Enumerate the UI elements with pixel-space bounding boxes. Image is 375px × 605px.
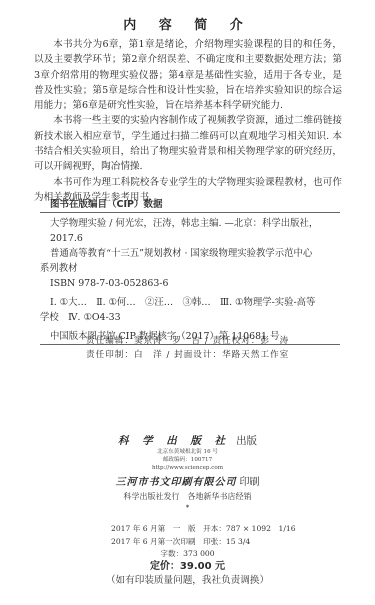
page-title: 内 容 简 介 [0,14,375,33]
edition-line: 2017 年 6 月第 一 版 开本：787 × 1092 1/16 [0,523,375,536]
cip-series-line-cont: 系列教材 [40,261,340,276]
price: 定价：39.00 元 [0,557,375,572]
cip-heading: 图书在版编目（CIP）数据 [40,196,340,213]
edition-info: 2017 年 6 月第 一 版 开本：787 × 1092 1/16 2017 … [0,523,375,561]
printer-name: 三河市书文印刷有限公司印刷 [0,473,375,488]
cip-data-block: 图书在版编目（CIP）数据 大学物理实验 / 何光宏，汪涛，韩忠主编. —北京：… [40,196,340,345]
quality-note: （如有印装质量问题，我社负责调换） [0,572,375,586]
cip-isbn: ISBN 978-7-03-052863-6 [40,276,340,291]
responsibility-block: 责任编辑：窦京涛 罗 吉 / 责任校对：彭 涛 责任印制：白 洋 / 封面设计：… [0,334,375,362]
publisher-postcode: 邮政编码：100717 [0,456,375,464]
cip-series-line: 普通高等教育“十三五”规划教材 · 国家级物理实验教学示范中心 [40,246,340,261]
printer-suffix: 印刷 [240,477,260,488]
cip-classification: Ⅰ. ①大… Ⅱ. ①何… ②汪… ③韩… Ⅲ. ①物理学-实验-高等 [40,295,340,310]
printing-line: 2017 年 6 月第一次印刷 印张：15 3/4 [0,536,375,549]
cip-classification-cont: 学校 Ⅳ. ①O4-33 [40,310,340,325]
print-design-line: 责任印制：白 洋 / 封面设计：华路天然工作室 [0,348,375,362]
summary-paragraph: 本书共分为6章，第1章是绪论，介绍物理实验课程的目的和任务，以及主要教学环节；第… [34,37,342,113]
cip-body: 大学物理实验 / 何光宏，汪涛，韩忠主编. —北京：科学出版社，2017.6 普… [40,213,340,325]
printer-logo-text: 三河市书文印刷有限公司 [116,477,237,488]
publisher-website: http://www.sciencep.com [0,464,375,472]
publisher-suffix: 出版 [236,435,257,447]
summary-paragraph: 本书将一些主要的实验内容制作成了视频教学资源，通过二维码链接新技术嵌入相应章节，… [34,113,342,174]
publisher-block: 科 学 出 版 社出版 北京东黄城根北街 16 号 邮政编码：100717 ht… [0,433,375,512]
publisher-address: 北京东黄城根北街 16 号 [0,448,375,456]
copyright-page: 内 容 简 介 本书共分为6章，第1章是绪论，介绍物理实验课程的目的和任务，以及… [0,0,375,605]
distribution-line: 科学出版社发行 各地新华书店经销 [0,491,375,502]
editors-line: 责任编辑：窦京涛 罗 吉 / 责任校对：彭 涛 [0,334,375,348]
publisher-name: 科 学 出 版 社出版 [0,433,375,448]
publisher-logo-text: 科 学 出 版 社 [118,435,230,447]
content-summary: 本书共分为6章，第1章是绪论，介绍物理实验课程的目的和任务，以及主要教学环节；第… [34,37,342,205]
cip-title-line: 大学物理实验 / 何光宏，汪涛，韩忠主编. —北京：科学出版社，2017.6 [40,216,340,246]
separator-star: * [0,504,375,512]
